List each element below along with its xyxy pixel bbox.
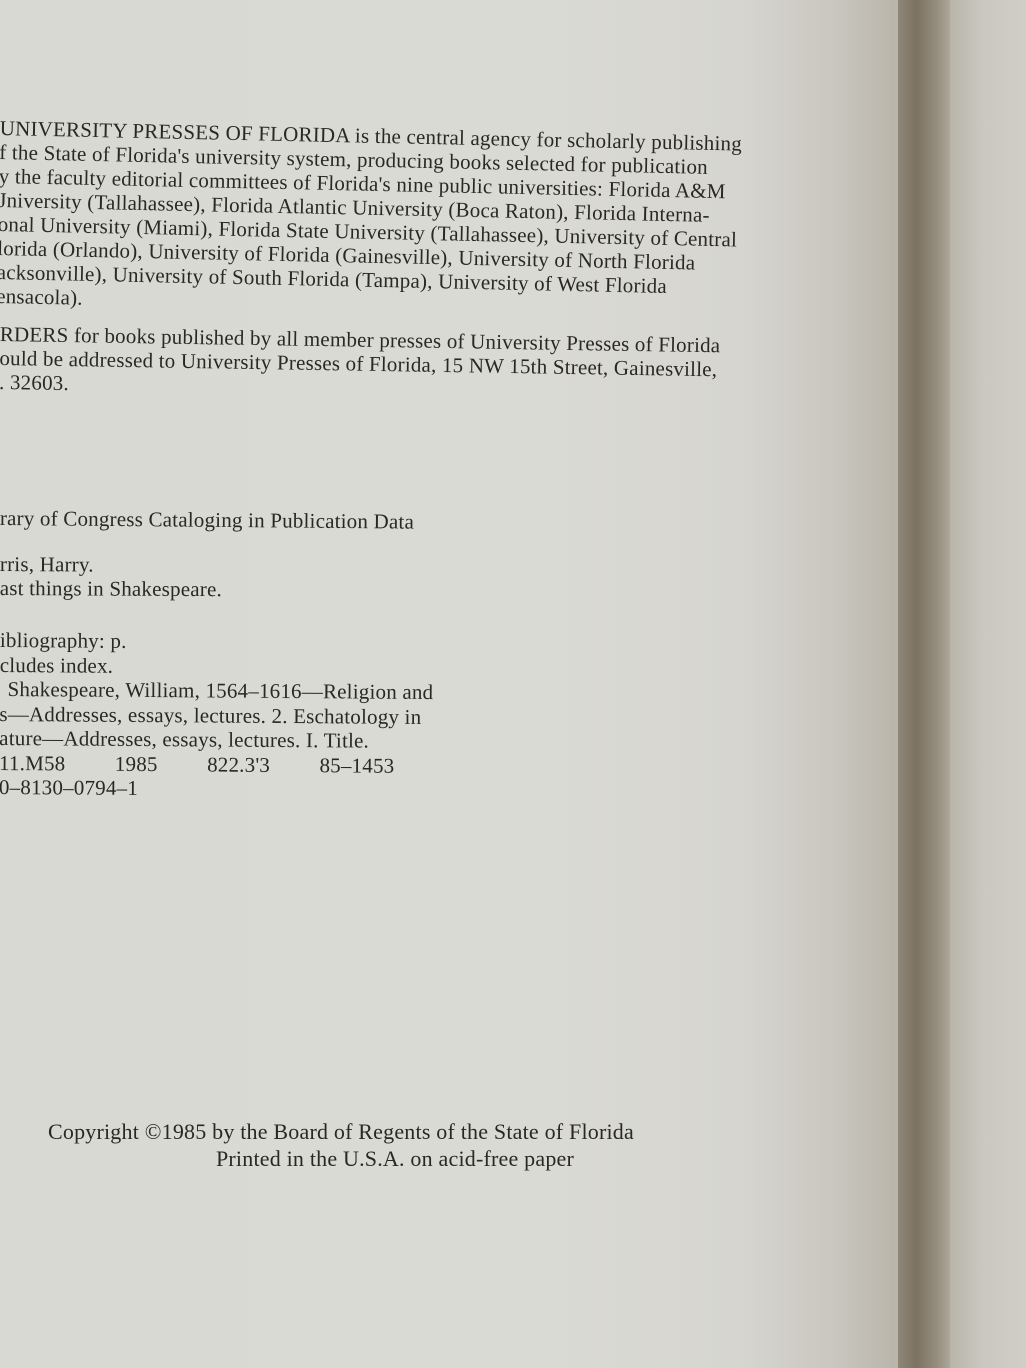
- cip-note: cludes index.: [0, 652, 439, 680]
- facing-page-edge: [950, 0, 1026, 1368]
- publisher-statement: UNIVERSITY PRESSES OF FLORIDA is the cen…: [0, 116, 742, 324]
- copyright-line: Copyright ©1985 by the Board of Regents …: [48, 1118, 742, 1145]
- cip-subject: s—Addresses, essays, lectures. 2. Eschat…: [0, 701, 439, 729]
- cip-author: rris, Harry.: [0, 552, 222, 577]
- call-number-year: 1985: [115, 751, 158, 776]
- copyright-block: Copyright ©1985 by the Board of Regents …: [48, 1118, 742, 1172]
- cip-subject: ature—Addresses, essays, lectures. I. Ti…: [0, 726, 439, 754]
- cip-subject: Shakespeare, William, 1564–1616—Religion…: [0, 677, 439, 705]
- lc-call-number: 11.M58: [0, 750, 65, 775]
- isbn: 0–8130–0794–1: [0, 775, 438, 803]
- cip-heading-block: rary of Congress Cataloging in Publicati…: [0, 506, 414, 534]
- cip-title: ast things in Shakespeare.: [0, 576, 222, 601]
- lccn: 85–1453: [319, 753, 394, 778]
- cip-heading: rary of Congress Cataloging in Publicati…: [0, 506, 414, 534]
- printed-line: Printed in the U.S.A. on acid-free paper: [48, 1145, 742, 1172]
- orders-statement: RDERS for books published by all member …: [0, 322, 721, 405]
- book-gutter-shadow: [898, 0, 958, 1368]
- dewey-number: 822.3'3: [207, 752, 270, 777]
- cip-author-title: rris, Harry. ast things in Shakespeare.: [0, 552, 222, 601]
- cip-notes: ibliography: p. cludes index. Shakespear…: [0, 628, 439, 803]
- cip-note: ibliography: p.: [0, 628, 439, 656]
- cip-call-number: 11.M58 1985 822.3'3 85–1453: [0, 750, 438, 778]
